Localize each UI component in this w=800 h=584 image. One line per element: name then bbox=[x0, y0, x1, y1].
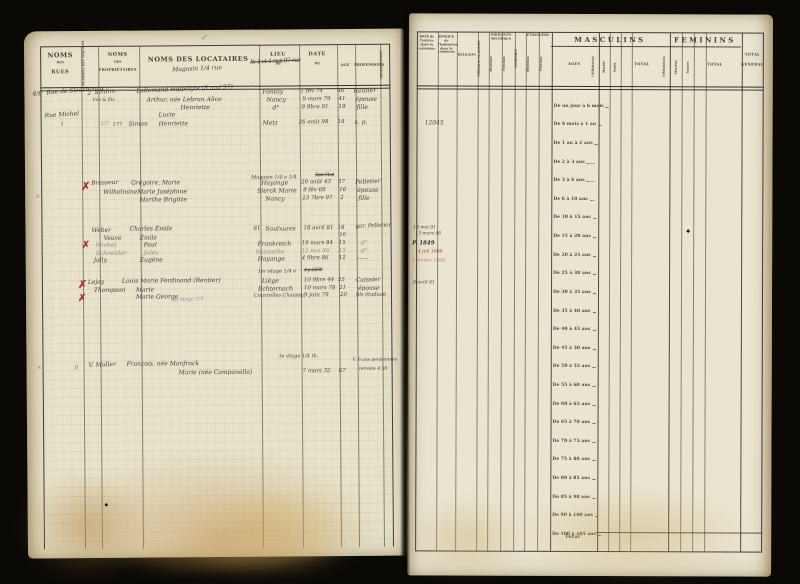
header-total-masculins: TOTAL bbox=[623, 62, 661, 66]
dotted-leader bbox=[592, 479, 594, 480]
handwritten-entry: 3e étage 1/4 th. bbox=[278, 353, 318, 359]
right-handwriting-layer: 1204518 mai 9113 mars 96P. 184914 juil 1… bbox=[409, 13, 773, 14]
handwritten-entry: Marie Joséphine bbox=[137, 188, 187, 195]
header-proprietaires-line1: NOMS bbox=[97, 52, 138, 58]
handwritten-entry: Sierck Marie bbox=[257, 187, 296, 194]
age-row-label: De 30 à 35 ans bbox=[553, 290, 591, 295]
handwritten-annotation: 8 avril 91 bbox=[413, 280, 435, 285]
age-row-label: De 6 mois à 1 an bbox=[554, 122, 597, 127]
handwritten-entry: Schlim bbox=[94, 88, 115, 96]
handwritten-entry: Henriette bbox=[159, 120, 188, 127]
handwritten-entry: Grégoire, Marie bbox=[131, 179, 180, 186]
handwritten-entry: 2 bbox=[340, 195, 344, 201]
header-duree-column: ÉPOQUE de l'habitation dans la commune bbox=[438, 35, 455, 54]
handwritten-entry: Lucie bbox=[159, 111, 176, 118]
age-row: De 85 à 90 ans bbox=[550, 488, 595, 507]
handwritten-entry: 67 bbox=[339, 368, 346, 374]
header-professions: PROFESSIONS bbox=[354, 63, 379, 67]
age-row-label: De 65 à 70 ans bbox=[553, 420, 591, 425]
age-row: De 70 à 75 ans bbox=[550, 432, 595, 451]
dotted-leader bbox=[590, 200, 594, 201]
dotted-leader bbox=[592, 460, 594, 461]
handwritten-entry: ✗ bbox=[82, 240, 90, 251]
dotted-leader bbox=[593, 330, 595, 331]
header-total-general-line2: GÉNÉRAL bbox=[741, 63, 764, 67]
header-m-veufs: Veufs bbox=[614, 50, 622, 84]
handwritten-entry: 4 9bre 86 bbox=[302, 255, 329, 261]
age-row-label: De 55 à 60 ans bbox=[553, 383, 591, 388]
age-row: De 3 à 6 ans bbox=[551, 171, 596, 190]
dotted-leader bbox=[606, 107, 608, 108]
handwritten-entry: 177 bbox=[113, 122, 123, 128]
handwritten-entry: 8 bbox=[75, 364, 79, 371]
handwritten-entry: 7 mars 32 bbox=[303, 368, 331, 374]
handwritten-entry: 10 mars 78 bbox=[304, 285, 335, 291]
age-row: De 80 à 85 ans bbox=[550, 469, 595, 488]
handwritten-entry: Nancy bbox=[265, 195, 285, 202]
age-row-label: De 45 à 50 ans bbox=[553, 346, 591, 351]
age-row: De 65 à 70 ans bbox=[551, 413, 596, 432]
handwritten-annotation: ◆ bbox=[686, 228, 690, 234]
handwritten-entry: 12 bbox=[339, 255, 346, 261]
handwritten-entry: Michel bbox=[96, 242, 117, 249]
handwritten-entry: 55 bbox=[338, 277, 345, 283]
handwritten-entry: 15 bbox=[339, 240, 346, 246]
handwritten-entry: Courcelles Chaussy bbox=[254, 292, 304, 298]
header-m-maries: Mariés bbox=[603, 50, 611, 84]
handwritten-entry: ✓ bbox=[200, 33, 208, 43]
handwritten-entry: Marthe Brigitte bbox=[139, 196, 187, 203]
handwritten-entry: épouse bbox=[355, 96, 377, 103]
dotted-leader bbox=[587, 163, 595, 164]
handwritten-entry: Rentier bbox=[353, 87, 376, 95]
handwritten-entry: 18 avril 81 bbox=[303, 225, 333, 231]
age-row: De 25 à 30 ans bbox=[551, 264, 596, 283]
handwritten-entry: Jolly bbox=[94, 257, 107, 264]
age-row-label: De 6 à 10 ans bbox=[553, 197, 588, 202]
handwritten-entry: retraite 4.50 bbox=[359, 367, 388, 372]
dotted-leader bbox=[593, 349, 595, 350]
header-f-mariees: Mariées bbox=[675, 50, 683, 84]
header-rues-line3: RUES bbox=[40, 69, 80, 75]
age-row-label: De 3 à 6 ans bbox=[553, 178, 584, 183]
handwritten-entry: Henriette bbox=[181, 104, 210, 111]
age-row: De 45 à 50 ans bbox=[551, 339, 596, 358]
header-infirmes-column: INFIRMES bbox=[515, 36, 524, 82]
handwritten-entry: 9 9bre 91 bbox=[302, 104, 329, 110]
handwritten-entry: 10 9bre 44 bbox=[304, 277, 334, 283]
dotted-leader bbox=[593, 256, 595, 257]
left-page: NOMS DES RUES NUMÉROS DES MAISONS NOMS D… bbox=[24, 29, 408, 559]
age-row: De 50 à 55 ans bbox=[551, 357, 596, 376]
header-f-celibataires: Célibataires bbox=[663, 50, 671, 84]
handwritten-entry: V. 6 ans pensionnée bbox=[353, 358, 398, 363]
handwritten-entry: 26 août 98 bbox=[299, 119, 329, 125]
handwritten-entry: 1 bbox=[61, 121, 64, 127]
handwritten-entry: 2 bbox=[87, 90, 91, 97]
header-indigents-femmes: Femmes bbox=[503, 46, 512, 82]
age-row: De 2 à 3 ans bbox=[551, 153, 596, 172]
handwritten-entry: V. Muller bbox=[88, 361, 116, 369]
handwritten-entry: Schneider bbox=[96, 250, 127, 257]
dotted-leader bbox=[592, 498, 594, 499]
handwritten-entry: 12 mai 86 bbox=[302, 248, 330, 254]
dotted-leader bbox=[592, 442, 594, 443]
age-row-label: De 40 à 45 ans bbox=[553, 327, 591, 332]
dotted-leader bbox=[593, 312, 595, 313]
dotted-leader bbox=[598, 535, 600, 536]
handwritten-entry: 46 bbox=[337, 88, 344, 94]
header-total-general-line1: TOTAL bbox=[741, 53, 764, 57]
handwritten-entry: Hayange bbox=[261, 179, 288, 186]
handwritten-entry: 18 bbox=[337, 225, 344, 231]
age-row-label: De 2 à 3 ans bbox=[553, 159, 584, 164]
handwritten-entry: 19 mars 84 bbox=[302, 240, 333, 246]
handwritten-entry: 16 bbox=[340, 232, 346, 238]
dotted-leader bbox=[598, 125, 600, 126]
scanned-register-photo: NOMS DES RUES NUMÉROS DES MAISONS NOMS D… bbox=[0, 0, 800, 584]
age-row-label: De 50 à 55 ans bbox=[553, 364, 591, 369]
handwritten-entry: Rez 74 st bbox=[315, 172, 334, 178]
header-militaires-column: Militaires en activité bbox=[478, 36, 487, 82]
header-rues-line2: DES bbox=[40, 61, 80, 65]
handwritten-entry: Metz bbox=[263, 120, 278, 127]
header-numeros-maisons: NUMÉROS DES MAISONS bbox=[82, 48, 95, 86]
dotted-leader bbox=[593, 274, 595, 275]
handwritten-entry: d° bbox=[361, 240, 368, 247]
handwritten-entry: épouse bbox=[357, 187, 379, 194]
age-row: De 40 à 45 ans bbox=[551, 320, 596, 339]
handwritten-entry: Charles Émile bbox=[129, 225, 172, 232]
handwritten-entry: × bbox=[35, 193, 40, 200]
dotted-leader bbox=[592, 367, 594, 368]
dotted-leader bbox=[592, 423, 594, 424]
age-row-label: De 1 an à 2 ans bbox=[554, 141, 593, 146]
age-row: De 75 à 80 ans bbox=[550, 450, 595, 469]
handwritten-entry: fils étudiant bbox=[356, 292, 386, 298]
handwritten-annotation: 12045 bbox=[425, 119, 444, 126]
handwritten-entry: 9 mars 79 bbox=[302, 96, 330, 102]
age-row-label: De 25 à 30 ans bbox=[553, 271, 591, 276]
header-m-celibataires: Célibataires bbox=[592, 50, 600, 84]
handwritten-entry: 41 bbox=[338, 96, 345, 102]
dotted-leader bbox=[595, 144, 597, 145]
handwritten-entry: Frankreich bbox=[258, 240, 292, 247]
header-date-line1: DATE bbox=[298, 51, 336, 57]
age-row: De 55 à 60 ans bbox=[551, 376, 596, 395]
handwritten-entry: ——— bbox=[356, 256, 368, 261]
header-locataires: NOMS DES LOCATAIRES bbox=[138, 55, 258, 64]
age-row: De 6 à 10 ans bbox=[551, 190, 596, 209]
dotted-leader bbox=[593, 293, 595, 294]
handwritten-entry: Liège bbox=[262, 278, 279, 285]
handwritten-entry: d° bbox=[273, 104, 280, 111]
header-rues-line1: NOMS bbox=[40, 51, 80, 59]
age-row: De 20 à 25 ans bbox=[551, 246, 596, 265]
dotted-leader bbox=[592, 386, 594, 387]
header-feminins: FEMININS bbox=[669, 35, 741, 44]
handwritten-entry: Louis Marie Ferdinand (Rentier) bbox=[122, 277, 221, 285]
handwritten-entry: Pelletier bbox=[355, 178, 381, 186]
age-row-label: De 35 à 40 ans bbox=[553, 308, 591, 313]
handwritten-entry: 4 p 1878 bbox=[304, 267, 322, 273]
dotted-leader bbox=[592, 405, 594, 406]
age-row: De 10 à 15 ans bbox=[551, 209, 596, 228]
handwritten-entry: s. p. bbox=[355, 119, 368, 126]
header-etrangers-group: ÉTRANGERS bbox=[525, 34, 551, 38]
handwritten-entry: Lejay bbox=[88, 278, 105, 286]
age-row-label: De 85 à 90 ans bbox=[552, 494, 590, 499]
handwritten-entry: Simon bbox=[129, 121, 148, 128]
handwritten-entry: 1er étage 1/4 e bbox=[258, 268, 296, 274]
header-age: AGE bbox=[336, 63, 354, 67]
handwritten-entry: Saulxures bbox=[265, 225, 295, 232]
handwritten-entry: 57 bbox=[338, 179, 345, 185]
handwritten-entry: Vve & fils bbox=[92, 98, 114, 103]
age-row: De 6 mois à 1 an bbox=[552, 115, 597, 134]
header-f-veuves: Veuves bbox=[687, 50, 695, 84]
handwritten-entry: 5/7 bbox=[101, 121, 109, 127]
handwritten-entry: Marie (née Campanella) bbox=[179, 369, 253, 377]
handwritten-entry: 9 juin 79 bbox=[304, 292, 329, 298]
header-date-line2: DE bbox=[298, 62, 336, 66]
handwritten-annotation: 6 janvier 1908 bbox=[412, 258, 445, 263]
dotted-leader bbox=[593, 218, 595, 219]
book-binding-shadow bbox=[400, 12, 410, 578]
left-handwriting-layer: ✓Magasin 1/4 rue№ 4 et 4 mai 97 rue4/8Ru… bbox=[24, 29, 404, 32]
age-row-label: De 100 à 105 ans bbox=[552, 532, 596, 537]
age-row-label: De 90 à 100 ans bbox=[552, 513, 593, 518]
age-row-label: De 10 à 15 ans bbox=[553, 215, 591, 220]
header-proprietaires-line2: DES bbox=[97, 61, 138, 65]
handwritten-entry: François, née Monfrock bbox=[127, 360, 200, 368]
handwritten-entry: Fontoy bbox=[262, 88, 283, 95]
handwritten-entry: 1 fév 74 bbox=[300, 88, 322, 94]
header-etrangers-hommes: Hommes bbox=[527, 46, 536, 82]
age-row: De 30 à 35 ans bbox=[551, 283, 596, 302]
handwritten-annotation: P. 1849 bbox=[412, 240, 434, 246]
age-row-label: De 80 à 85 ans bbox=[552, 476, 590, 481]
age-row: De 60 à 65 ans bbox=[551, 395, 596, 414]
age-row: De 35 à 40 ans bbox=[551, 302, 596, 321]
handwritten-entry: Thompson bbox=[94, 287, 126, 294]
handwritten-entry: 23 7bre 97 bbox=[302, 195, 332, 201]
handwritten-entry: 20 bbox=[340, 292, 347, 298]
handwritten-entry: 20 août 43 bbox=[301, 179, 331, 185]
handwritten-entry: 13 bbox=[339, 248, 346, 254]
handwritten-entry: Caissier bbox=[356, 276, 381, 284]
handwritten-entry: Weber bbox=[91, 227, 111, 234]
handwritten-entry: Wilhelmine bbox=[103, 189, 137, 196]
handwritten-entry: 16 bbox=[339, 187, 346, 193]
age-row-label: De 70 à 75 ans bbox=[552, 439, 590, 444]
handwritten-entry: ✗ bbox=[78, 278, 87, 291]
age-row: De 90 à 100 ans bbox=[550, 506, 595, 525]
header-indigents-group: INDIGENTS SECOURUS bbox=[488, 34, 514, 42]
age-row-label: De 75 à 80 ans bbox=[552, 457, 590, 462]
handwritten-entry: Arthur, née Lebrun Alice bbox=[146, 96, 221, 104]
age-row: De 15 à 20 ans bbox=[551, 227, 596, 246]
handwritten-entry: fille bbox=[357, 104, 368, 111]
dotted-leader bbox=[595, 516, 597, 517]
handwritten-entry: Eugène bbox=[140, 256, 163, 263]
handwritten-entry: × bbox=[37, 364, 42, 371]
dotted-leader bbox=[593, 237, 595, 238]
header-proprietaires-line3: PROPRIÉTAIRES bbox=[97, 68, 138, 72]
age-row-label: De un jour à 6 mois bbox=[554, 104, 604, 109]
handwritten-entry: Veuve bbox=[104, 235, 122, 242]
header-masculins: MASCULINS bbox=[551, 35, 669, 44]
age-row-label: De 60 à 65 ans bbox=[553, 401, 591, 406]
handwritten-entry: Brasseur bbox=[91, 179, 119, 187]
handwritten-entry: d° bbox=[361, 248, 368, 255]
handwritten-entry: fille bbox=[358, 195, 369, 202]
age-row: De un jour à 6 mois bbox=[552, 97, 597, 116]
handwritten-entry: 19 bbox=[339, 104, 346, 110]
handwritten-entry: 21 bbox=[339, 285, 346, 291]
header-observations: OBSERVATIONS bbox=[380, 46, 389, 84]
handwritten-entry: Nancy bbox=[266, 96, 286, 103]
header-indigents-hommes: Hommes bbox=[490, 46, 499, 82]
header-date-entree-column: DATE de l'entrée dans la commune bbox=[418, 35, 436, 51]
handwritten-entry: Paul bbox=[144, 241, 157, 248]
handwritten-entry: 4/8 bbox=[32, 90, 42, 97]
right-page: DATE de l'entrée dans la commune ÉPOQUE … bbox=[407, 13, 773, 576]
age-row: De 1 an à 2 ans bbox=[551, 134, 596, 153]
handwritten-annotation: 18 mai 91 bbox=[413, 225, 436, 230]
header-religion-column: RELIGION bbox=[457, 54, 477, 58]
handwritten-entry: ● bbox=[105, 502, 109, 507]
dotted-leader bbox=[587, 181, 595, 182]
handwritten-entry: ✗ bbox=[81, 180, 90, 193]
handwritten-entry: 18 bbox=[338, 119, 345, 125]
handwritten-entry: Hayange bbox=[258, 255, 285, 262]
header-total-feminins: TOTAL bbox=[697, 62, 733, 66]
handwritten-entry: 8 fév 68 bbox=[303, 187, 325, 193]
age-scale: De un jour à 6 mois De 6 mois à 1 an De … bbox=[550, 97, 597, 544]
handwritten-entry: 81 bbox=[253, 226, 260, 232]
age-row: De 100 à 105 ans bbox=[550, 525, 595, 544]
age-row-label: De 15 à 20 ans bbox=[553, 234, 591, 239]
handwritten-annotation: 14 juil 1908 bbox=[415, 249, 442, 254]
handwritten-entry: ✗ bbox=[78, 293, 86, 304]
header-etrangers-femmes: Femmes bbox=[540, 46, 549, 82]
handwritten-annotation: 13 mars 96 bbox=[415, 231, 441, 236]
age-row-label: De 20 à 25 ans bbox=[553, 253, 591, 258]
